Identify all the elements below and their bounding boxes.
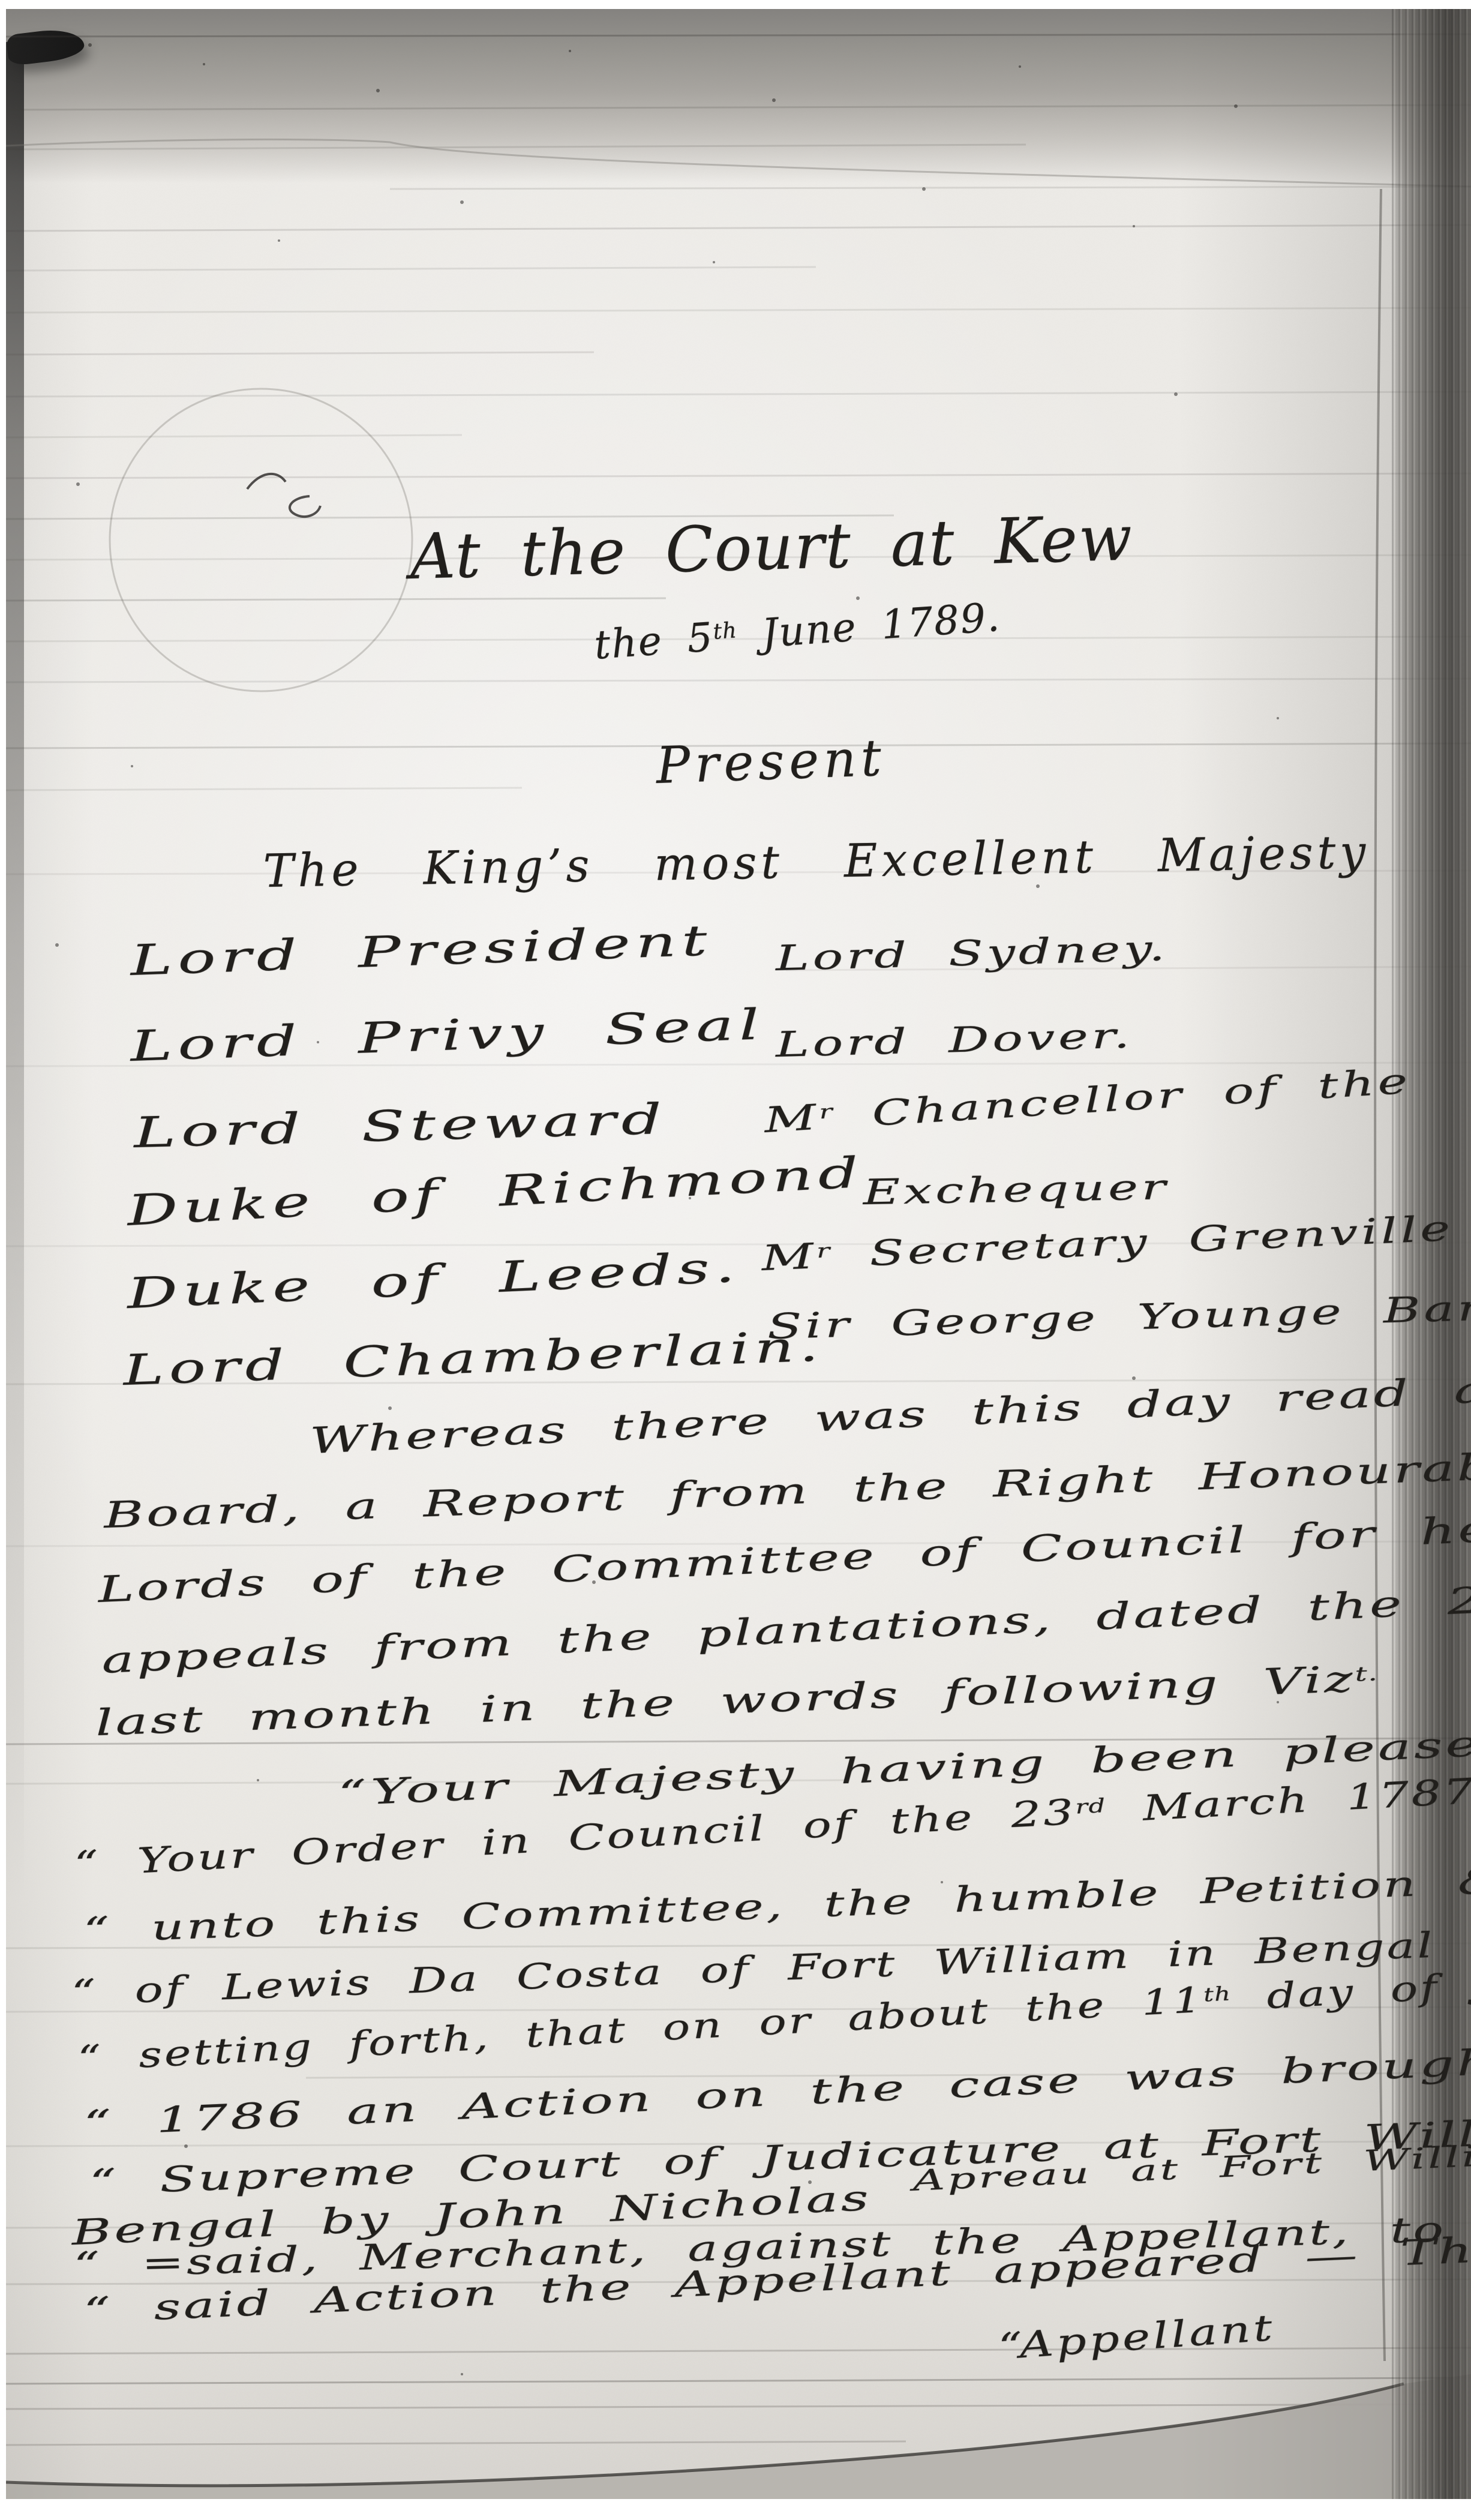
heading-present: Present: [655, 728, 887, 795]
attendee-right-4: Exchequer: [863, 1166, 1169, 1213]
scanned-page: At the Court at Kew the 5th June 1789. P…: [6, 9, 1471, 2499]
